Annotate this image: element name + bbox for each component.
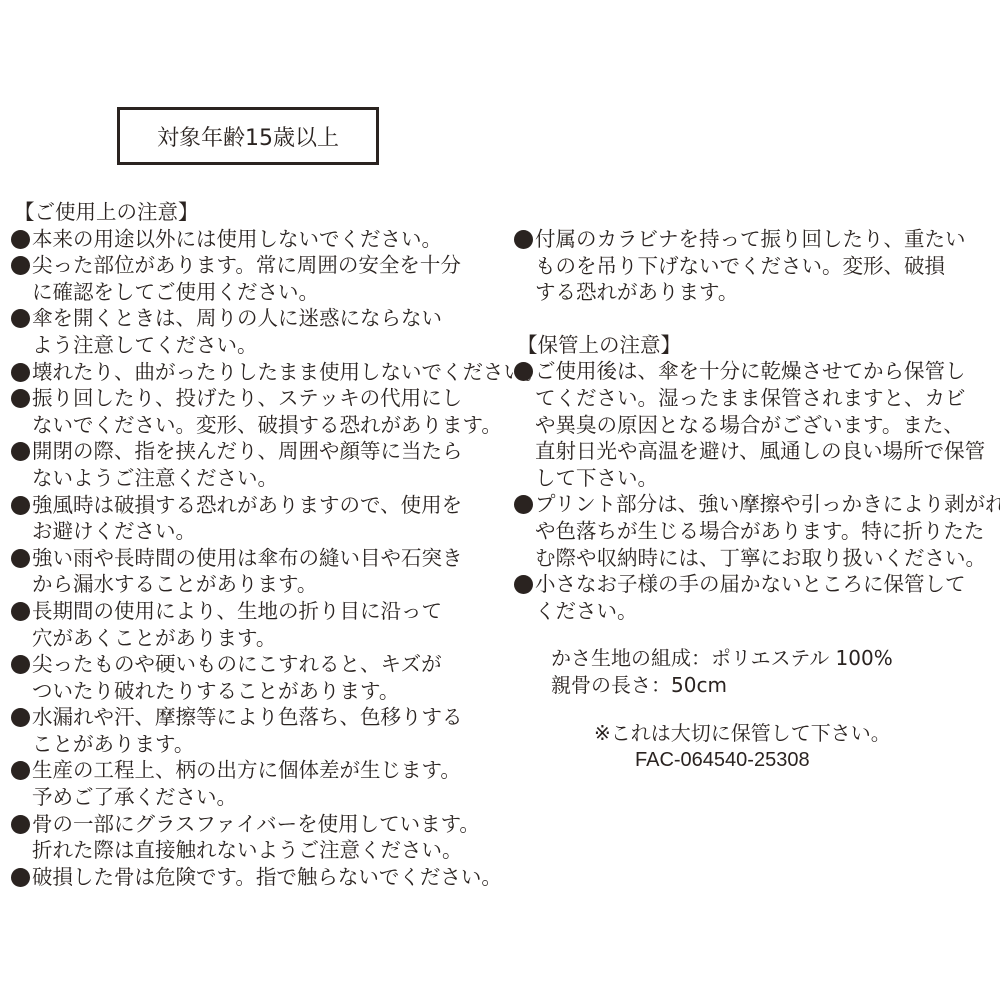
caution-line: する恐れがあります。 bbox=[535, 279, 993, 306]
caution-text: 水漏れや汗、摩擦等により色落ち、色移りすることがあります。 bbox=[32, 704, 500, 757]
caution-text: 開閉の際、指を挟んだり、周囲や顔等に当たらないようご注意ください。 bbox=[32, 438, 500, 491]
caution-line: 破損した骨は危険です。指で触らないでください。 bbox=[32, 864, 502, 891]
caution-line: 開閉の際、指を挟んだり、周囲や顔等に当たら bbox=[32, 438, 500, 465]
caution-line: 振り回したり、投げたり、ステッキの代用にし bbox=[32, 385, 502, 412]
caution-line: ご使用後は、傘を十分に乾燥させてから保管し bbox=[535, 358, 993, 385]
caution-line: 壊れたり、曲がったりしたまま使用しないでください。 bbox=[32, 359, 545, 386]
usage-cautions-column: 【ご使用上の注意】 本来の用途以外には使用しないでください。尖った部位があります… bbox=[10, 199, 500, 890]
caution-line: に確認をしてご使用ください。 bbox=[32, 279, 500, 306]
storage-cautions-list: ご使用後は、傘を十分に乾燥させてから保管してください。湿ったまま保管されますと、… bbox=[513, 358, 993, 624]
bullet-icon bbox=[10, 545, 32, 572]
caution-text: 本来の用途以外には使用しないでください。 bbox=[32, 226, 500, 253]
bullet-icon bbox=[10, 385, 32, 412]
caution-item: 尖ったものや硬いものにこすれると、キズがついたり破れたりすることがあります。 bbox=[10, 651, 500, 704]
bullet-icon bbox=[10, 359, 32, 386]
caution-line: 折れた際は直接触れないようご注意ください。 bbox=[32, 837, 500, 864]
caution-line: む際や収納時には、丁寧にお取り扱いください。 bbox=[535, 545, 1000, 572]
caution-line: よう注意してください。 bbox=[32, 332, 500, 359]
caution-line: 骨の一部にグラスファイバーを使用しています。 bbox=[32, 811, 500, 838]
caution-line: ことがあります。 bbox=[32, 731, 500, 758]
caution-line: プリント部分は、強い摩擦や引っかきにより剥がれ bbox=[535, 491, 1000, 518]
caution-text: 尖ったものや硬いものにこすれると、キズがついたり破れたりすることがあります。 bbox=[32, 651, 500, 704]
caution-line: 傘を開くときは、周りの人に迷惑にならない bbox=[32, 305, 500, 332]
caution-line: や色落ちが生じる場合があります。特に折りたた bbox=[535, 518, 1000, 545]
caution-line: 強風時は破損する恐れがありますので、使用を bbox=[32, 492, 500, 519]
caution-item: 開閉の際、指を挟んだり、周囲や顔等に当たらないようご注意ください。 bbox=[10, 438, 500, 491]
caution-line: てください。湿ったまま保管されますと、カビ bbox=[535, 385, 993, 412]
caution-text: 小さなお子様の手の届かないところに保管してください。 bbox=[535, 571, 993, 624]
caution-line: 本来の用途以外には使用しないでください。 bbox=[32, 226, 500, 253]
caution-text: 付属のカラビナを持って振り回したり、重たいものを吊り下げないでください。変形、破… bbox=[535, 226, 993, 306]
right-column: 付属のカラビナを持って振り回したり、重たいものを吊り下げないでください。変形、破… bbox=[513, 226, 993, 624]
caution-item: 水漏れや汗、摩擦等により色落ち、色移りすることがあります。 bbox=[10, 704, 500, 757]
bullet-icon bbox=[513, 571, 535, 598]
caution-text: 強い雨や長時間の使用は傘布の縫い目や石突きから漏水することがあります。 bbox=[32, 545, 500, 598]
usage-cautions-heading: 【ご使用上の注意】 bbox=[10, 199, 500, 226]
rib-length: 親骨の長さ：50cm bbox=[551, 672, 727, 699]
caution-item: 破損した骨は危険です。指で触らないでください。 bbox=[10, 864, 500, 891]
caution-line: ください。 bbox=[535, 598, 993, 625]
bullet-icon bbox=[10, 651, 32, 678]
bullet-icon bbox=[10, 811, 32, 838]
caution-text: 長期間の使用により、生地の折り目に沿って穴があくことがあります。 bbox=[32, 598, 500, 651]
fabric-composition: かさ生地の組成：ポリエステル 100% bbox=[551, 645, 893, 672]
keep-notice: ※これは大切に保管して下さい。 bbox=[594, 720, 891, 747]
caution-line: 直射日光や高温を避け、風通しの良い場所で保管 bbox=[535, 438, 993, 465]
caution-item: ご使用後は、傘を十分に乾燥させてから保管してください。湿ったまま保管されますと、… bbox=[513, 358, 993, 491]
caution-item: 小さなお子様の手の届かないところに保管してください。 bbox=[513, 571, 993, 624]
caution-line: や異臭の原因となる場合がございます。また、 bbox=[535, 412, 993, 439]
usage-cautions-continued-list: 付属のカラビナを持って振り回したり、重たいものを吊り下げないでください。変形、破… bbox=[513, 226, 993, 306]
section-gap bbox=[513, 306, 993, 332]
caution-item: 強風時は破損する恐れがありますので、使用をお避けください。 bbox=[10, 492, 500, 545]
caution-text: 強風時は破損する恐れがありますので、使用をお避けください。 bbox=[32, 492, 500, 545]
bullet-icon bbox=[10, 598, 32, 625]
bullet-icon bbox=[513, 358, 535, 385]
caution-line: して下さい。 bbox=[535, 465, 993, 492]
bullet-icon bbox=[10, 252, 32, 279]
caution-text: プリント部分は、強い摩擦や引っかきにより剥がれや色落ちが生じる場合があります。特… bbox=[535, 491, 1000, 571]
caution-line: ついたり破れたりすることがあります。 bbox=[32, 678, 500, 705]
caution-text: 傘を開くときは、周りの人に迷惑にならないよう注意してください。 bbox=[32, 305, 500, 358]
caution-text: 骨の一部にグラスファイバーを使用しています。折れた際は直接触れないようご注意くだ… bbox=[32, 811, 500, 864]
caution-item: 骨の一部にグラスファイバーを使用しています。折れた際は直接触れないようご注意くだ… bbox=[10, 811, 500, 864]
bullet-icon bbox=[10, 757, 32, 784]
bullet-icon bbox=[513, 226, 535, 253]
caution-item: 振り回したり、投げたり、ステッキの代用にしないでください。変形、破損する恐れがあ… bbox=[10, 385, 500, 438]
caution-item: 本来の用途以外には使用しないでください。 bbox=[10, 226, 500, 253]
caution-item: 長期間の使用により、生地の折り目に沿って穴があくことがあります。 bbox=[10, 598, 500, 651]
caution-line: 水漏れや汗、摩擦等により色落ち、色移りする bbox=[32, 704, 500, 731]
age-notice-box: 対象年齢15歳以上 bbox=[117, 107, 379, 165]
caution-item: 生産の工程上、柄の出方に個体差が生じます。予めご了承ください。 bbox=[10, 757, 500, 810]
caution-line: から漏水することがあります。 bbox=[32, 571, 500, 598]
bullet-icon bbox=[10, 864, 32, 891]
caution-line: 小さなお子様の手の届かないところに保管して bbox=[535, 571, 993, 598]
caution-item: プリント部分は、強い摩擦や引っかきにより剥がれや色落ちが生じる場合があります。特… bbox=[513, 491, 993, 571]
caution-line: 強い雨や長時間の使用は傘布の縫い目や石突き bbox=[32, 545, 500, 572]
caution-item: 強い雨や長時間の使用は傘布の縫い目や石突きから漏水することがあります。 bbox=[10, 545, 500, 598]
bullet-icon bbox=[10, 492, 32, 519]
caution-line: 尖ったものや硬いものにこすれると、キズが bbox=[32, 651, 500, 678]
caution-line: 付属のカラビナを持って振り回したり、重たい bbox=[535, 226, 993, 253]
bullet-icon bbox=[10, 438, 32, 465]
caution-text: ご使用後は、傘を十分に乾燥させてから保管してください。湿ったまま保管されますと、… bbox=[535, 358, 993, 491]
caution-text: 破損した骨は危険です。指で触らないでください。 bbox=[32, 864, 502, 891]
product-code: FAC-064540-25308 bbox=[635, 747, 810, 774]
bullet-icon bbox=[10, 704, 32, 731]
caution-item: 尖った部位があります。常に周囲の安全を十分に確認をしてご使用ください。 bbox=[10, 252, 500, 305]
caution-line: ないでください。変形、破損する恐れがあります。 bbox=[32, 412, 502, 439]
caution-line: ものを吊り下げないでください。変形、破損 bbox=[535, 253, 993, 280]
caution-item: 付属のカラビナを持って振り回したり、重たいものを吊り下げないでください。変形、破… bbox=[513, 226, 993, 306]
caution-item: 傘を開くときは、周りの人に迷惑にならないよう注意してください。 bbox=[10, 305, 500, 358]
bullet-icon bbox=[10, 305, 32, 332]
bullet-icon bbox=[513, 491, 535, 518]
caution-item: 壊れたり、曲がったりしたまま使用しないでください。 bbox=[10, 359, 500, 386]
caution-line: お避けください。 bbox=[32, 518, 500, 545]
caution-text: 尖った部位があります。常に周囲の安全を十分に確認をしてご使用ください。 bbox=[32, 252, 500, 305]
caution-line: 穴があくことがあります。 bbox=[32, 625, 500, 652]
caution-line: ないようご注意ください。 bbox=[32, 465, 500, 492]
caution-line: 尖った部位があります。常に周囲の安全を十分 bbox=[32, 252, 500, 279]
caution-line: 予めご了承ください。 bbox=[32, 784, 500, 811]
age-notice-text: 対象年齢15歳以上 bbox=[157, 121, 339, 152]
caution-text: 生産の工程上、柄の出方に個体差が生じます。予めご了承ください。 bbox=[32, 757, 500, 810]
bullet-icon bbox=[10, 226, 32, 253]
caution-line: 生産の工程上、柄の出方に個体差が生じます。 bbox=[32, 757, 500, 784]
storage-cautions-heading: 【保管上の注意】 bbox=[513, 332, 993, 359]
caution-text: 壊れたり、曲がったりしたまま使用しないでください。 bbox=[32, 359, 545, 386]
caution-text: 振り回したり、投げたり、ステッキの代用にしないでください。変形、破損する恐れがあ… bbox=[32, 385, 502, 438]
usage-cautions-list: 本来の用途以外には使用しないでください。尖った部位があります。常に周囲の安全を十… bbox=[10, 226, 500, 891]
caution-line: 長期間の使用により、生地の折り目に沿って bbox=[32, 598, 500, 625]
